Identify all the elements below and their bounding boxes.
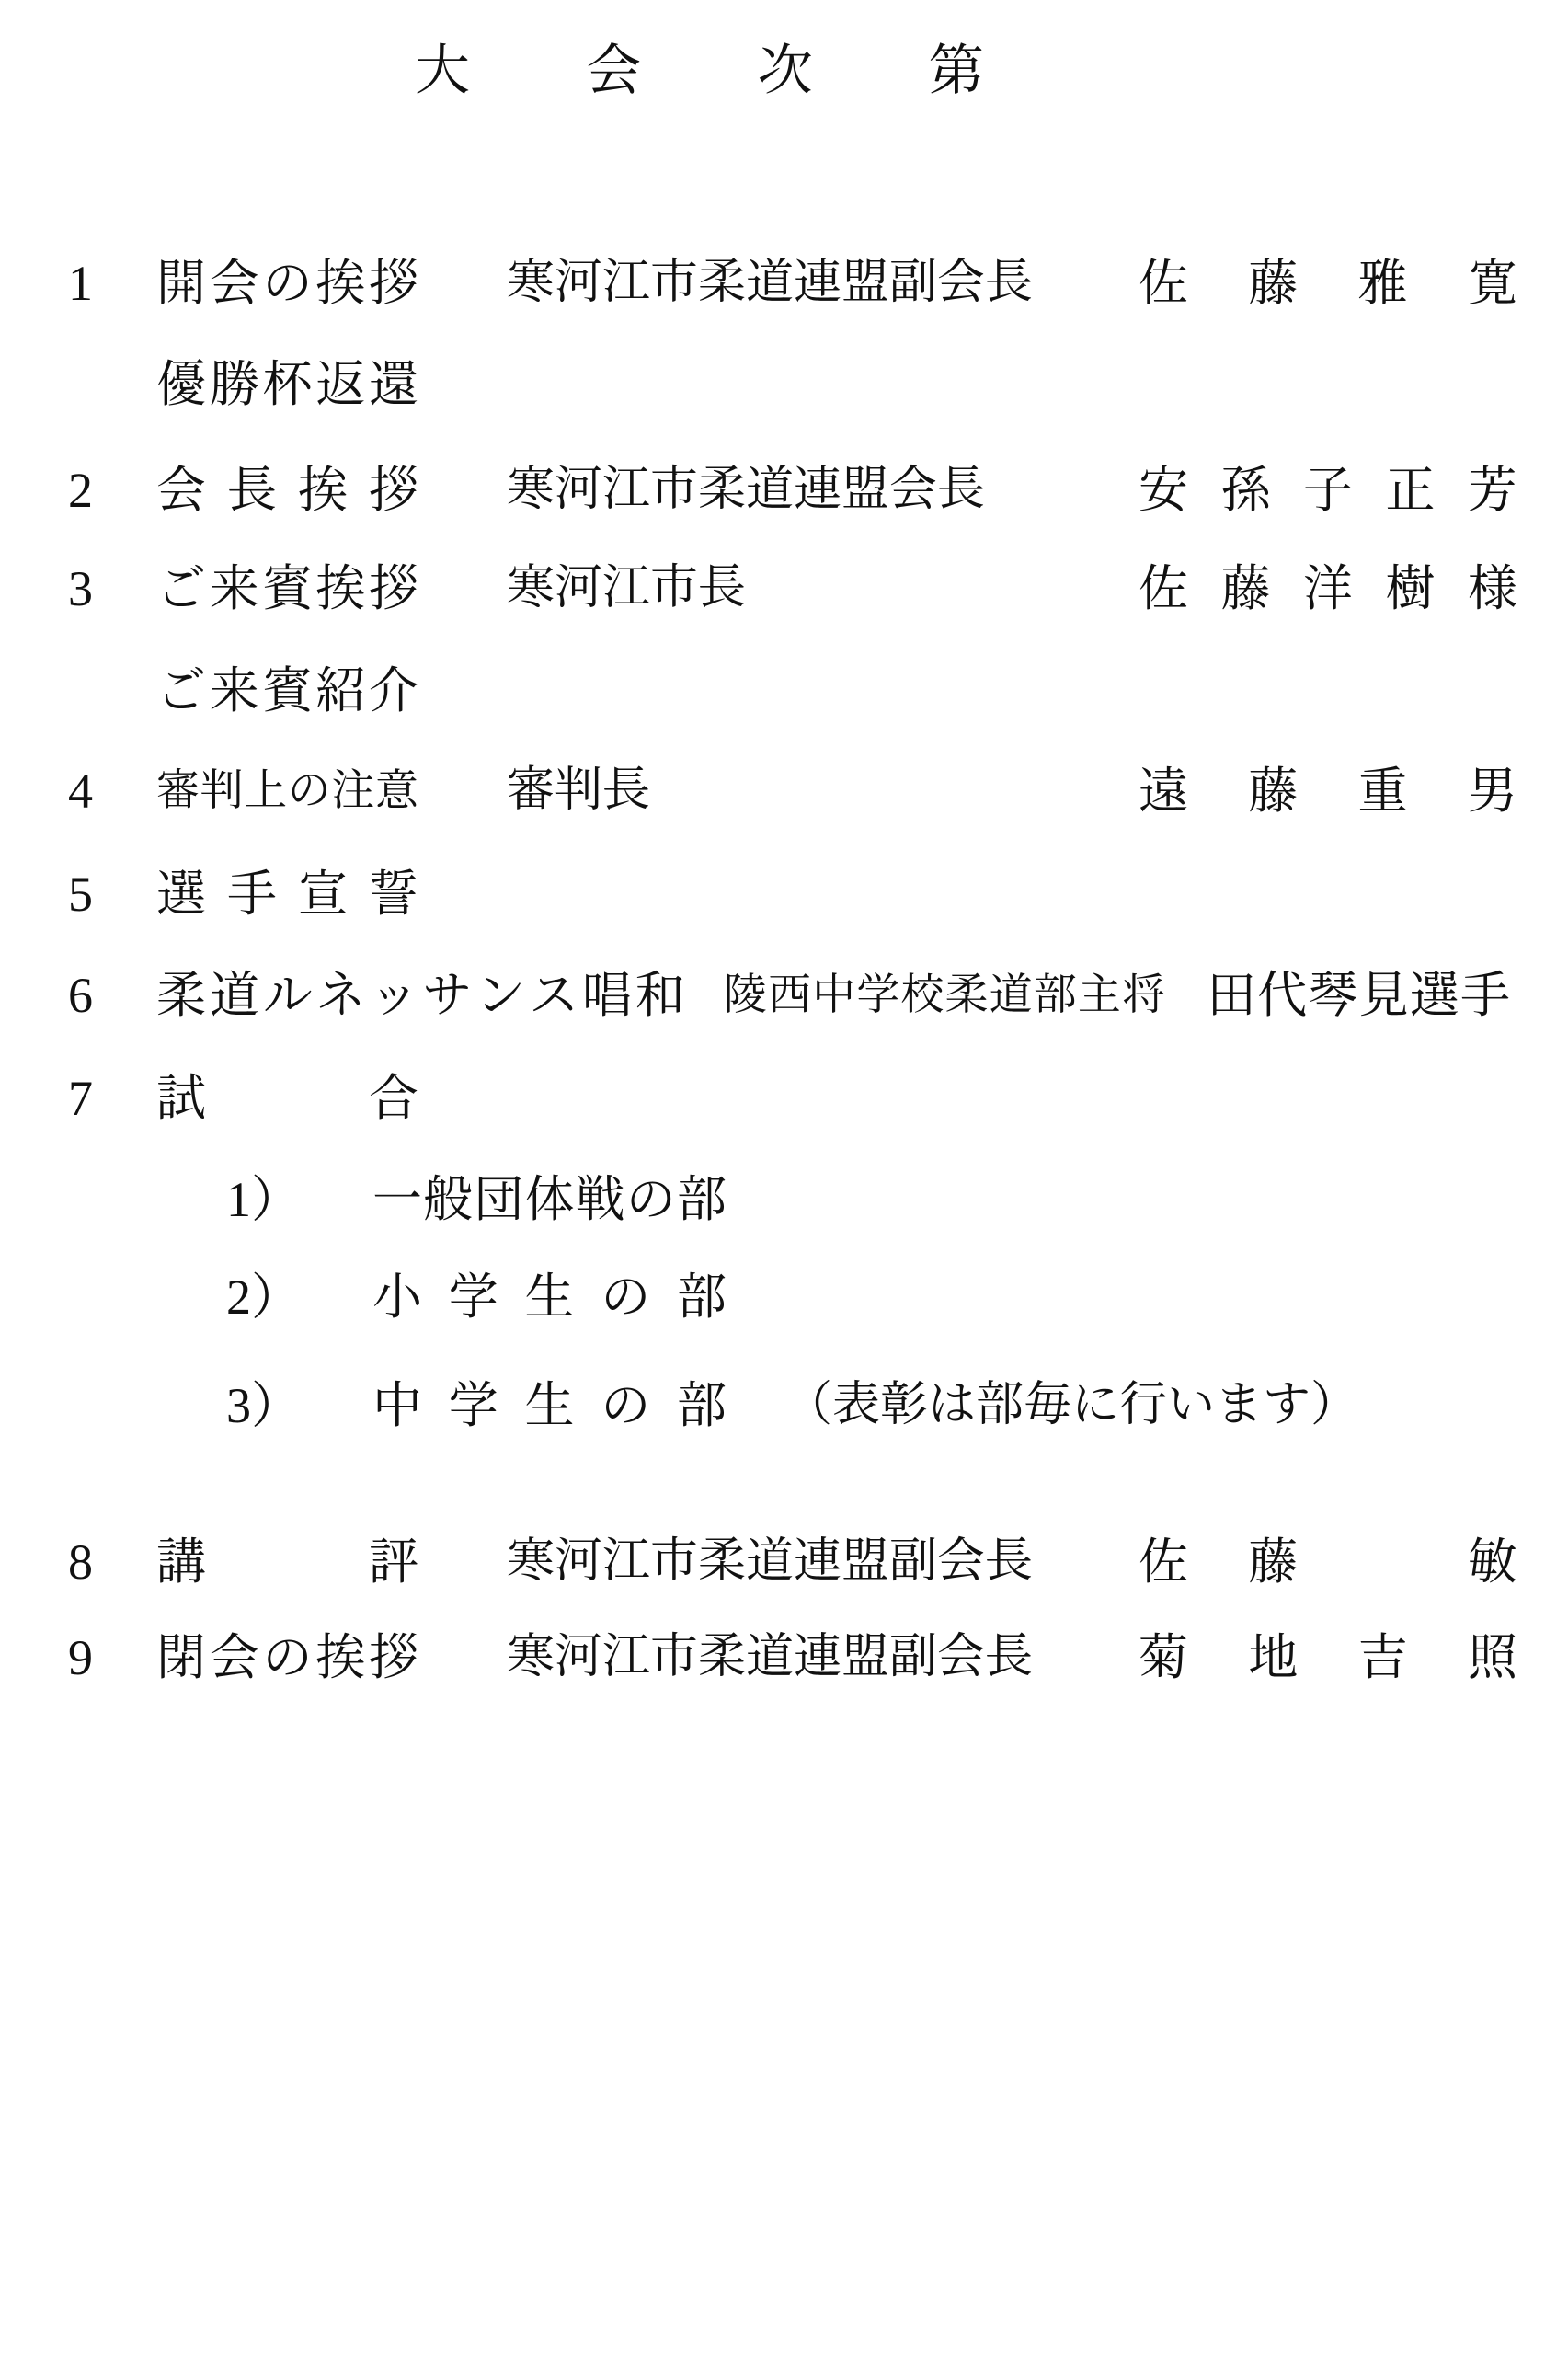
organization-label: 寒河江市柔道連盟副会長 <box>507 1532 1033 1592</box>
person-name: 田代琴見選手 <box>1207 965 1510 1026</box>
sub-item-number: 3） <box>226 1375 301 1436</box>
organization-label: 陵西中学校柔道部主将 <box>724 965 1165 1026</box>
item-number: 8 <box>68 1532 93 1592</box>
agenda-row: 5 選手宣誓 <box>0 864 1568 925</box>
sub-item-label: 中学生の部 <box>372 1375 727 1436</box>
sub-item-row: 2） 小学生の部 <box>0 1267 1568 1327</box>
organization-label: 寒河江市柔道連盟会長 <box>507 460 985 521</box>
item-number: 9 <box>68 1627 93 1688</box>
sub-item-number: 1） <box>226 1169 301 1230</box>
agenda-row: 9 閉会の挨拶 寒河江市柔道連盟副会長 菊地吉照 <box>0 1627 1568 1688</box>
agenda-row: 1 開会の挨拶 寒河江市柔道連盟副会長 佐藤雅寛 <box>0 253 1568 314</box>
item-label: 講評 <box>156 1532 418 1592</box>
item-label: 柔道ルネッサンス唱和 <box>156 965 685 1026</box>
agenda-row: 8 講評 寒河江市柔道連盟副会長 佐藤 敏 <box>0 1532 1568 1592</box>
person-name: 菊地吉照 <box>1139 1627 1517 1688</box>
item-label: 選手宣誓 <box>156 864 418 925</box>
item-label: ご来賓挨拶 <box>156 558 418 619</box>
item-label: 優勝杯返還 <box>156 354 418 415</box>
item-number: 5 <box>68 864 93 925</box>
sub-item-number: 2） <box>226 1267 301 1327</box>
person-name: 佐藤 敏 <box>1139 1532 1517 1592</box>
item-label: 会長挨拶 <box>156 460 418 521</box>
organization-label: 審判長 <box>507 761 650 821</box>
agenda-subline: 優勝杯返還 <box>0 354 1568 415</box>
agenda-row: 3 ご来賓挨拶 寒河江市長 佐藤洋樹様 <box>0 558 1568 619</box>
page-title: 大会次第 <box>415 40 984 101</box>
title-row: 大会次第 <box>0 40 1568 101</box>
item-label: ご来賓紹介 <box>156 661 418 721</box>
agenda-row: 7 試合 <box>0 1068 1568 1129</box>
person-name: 佐藤雅寛 <box>1139 253 1517 314</box>
organization-label: 寒河江市長 <box>507 558 746 619</box>
agenda-row: 2 会長挨拶 寒河江市柔道連盟会長 安孫子正芳 <box>0 460 1568 521</box>
item-label: 閉会の挨拶 <box>156 1627 418 1688</box>
item-label: 審判上の注意 <box>156 761 418 821</box>
organization-label: 寒河江市柔道連盟副会長 <box>507 1627 1033 1688</box>
person-name: 安孫子正芳 <box>1139 460 1517 521</box>
person-name: 佐藤洋樹様 <box>1139 558 1517 619</box>
agenda-row: 4 審判上の注意 審判長 遠藤重男 <box>0 761 1568 821</box>
award-note: （表彰は部毎に行います） <box>784 1375 1358 1436</box>
item-number: 4 <box>68 761 93 821</box>
tournament-program-page: { "title": "大会次第", "agenda": { "items": … <box>0 0 1568 2355</box>
item-number: 7 <box>68 1068 93 1129</box>
sub-item-row: 3） 中学生の部 （表彰は部毎に行います） <box>0 1375 1568 1436</box>
sub-item-label: 一般団体戦の部 <box>372 1169 727 1230</box>
agenda-subline: ご来賓紹介 <box>0 661 1568 721</box>
agenda-row: 6 柔道ルネッサンス唱和 陵西中学校柔道部主将 田代琴見選手 <box>0 965 1568 1026</box>
item-number: 3 <box>68 558 93 619</box>
item-number: 1 <box>68 253 93 314</box>
organization-label: 寒河江市柔道連盟副会長 <box>507 253 1033 314</box>
item-number: 2 <box>68 460 93 521</box>
item-label: 開会の挨拶 <box>156 253 418 314</box>
sub-item-label: 小学生の部 <box>372 1267 727 1327</box>
item-label: 試合 <box>156 1068 418 1129</box>
sub-item-row: 1） 一般団体戦の部 <box>0 1169 1568 1230</box>
person-name: 遠藤重男 <box>1139 761 1517 821</box>
item-number: 6 <box>68 965 93 1026</box>
